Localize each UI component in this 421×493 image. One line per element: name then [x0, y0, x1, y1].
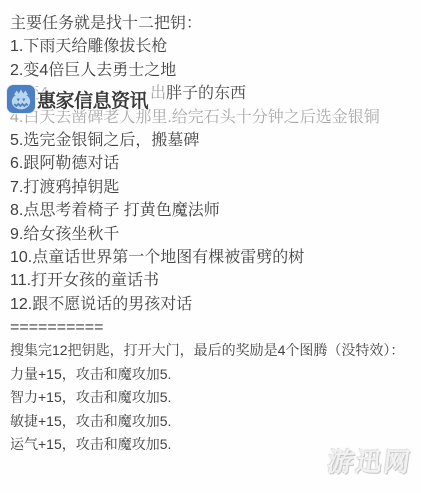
- task-line-5: 5.选完金银铜之后，搬墓碑: [10, 129, 421, 152]
- task-line-6: 6.跟阿勒德对话: [10, 152, 421, 175]
- task-line-8: 8.点思考着椅子 打黄色魔法师: [10, 199, 421, 222]
- totem-line-luck: 运气+15，攻击和魔攻加5.: [10, 433, 421, 456]
- article-title: 主要任务就是找十二把钥：: [10, 12, 421, 35]
- task-line-10: 10.点童话世界第一个地图有棵被雷劈的树: [10, 246, 421, 269]
- task-line-11: 11.打开女孩的童话书: [10, 269, 421, 292]
- task-line-9: 9.给女孩坐秋千: [10, 223, 421, 246]
- task-line-4: 4.白天去凿碑老人那里.给完石头十分钟之后选金银铜: [10, 106, 421, 129]
- task-line-1: 1.下雨天给雕像拔长枪: [10, 35, 421, 58]
- guide-article: 主要任务就是找十二把钥： 1.下雨天给雕像拔长枪 2.变4倍巨人去勇士之地 3.…: [10, 12, 421, 456]
- section-divider: ==========: [10, 316, 421, 339]
- task-line-2: 2.变4倍巨人去勇士之地: [10, 59, 421, 82]
- task-3-visible-prefix: 3.变4: [10, 85, 48, 102]
- totem-line-strength: 力量+15，攻击和魔攻加5.: [10, 363, 421, 386]
- task-line-12: 12.跟不愿说话的男孩对话: [10, 293, 421, 316]
- totem-line-agility: 敏捷+15，攻击和魔攻加5.: [10, 410, 421, 433]
- totem-line-intelligence: 智力+15，攻击和魔攻加5.: [10, 386, 421, 409]
- reward-intro: 搜集完12把钥匙，打开大门，最后的奖励是4个图腾（没特效）：: [10, 339, 421, 362]
- task-3-visible-suffix: 出胖子的东西: [150, 82, 246, 105]
- task-line-3-obscured: 3.变4 出胖子的东西: [10, 82, 421, 105]
- task-line-7: 7.打渡鸦掉钥匙: [10, 176, 421, 199]
